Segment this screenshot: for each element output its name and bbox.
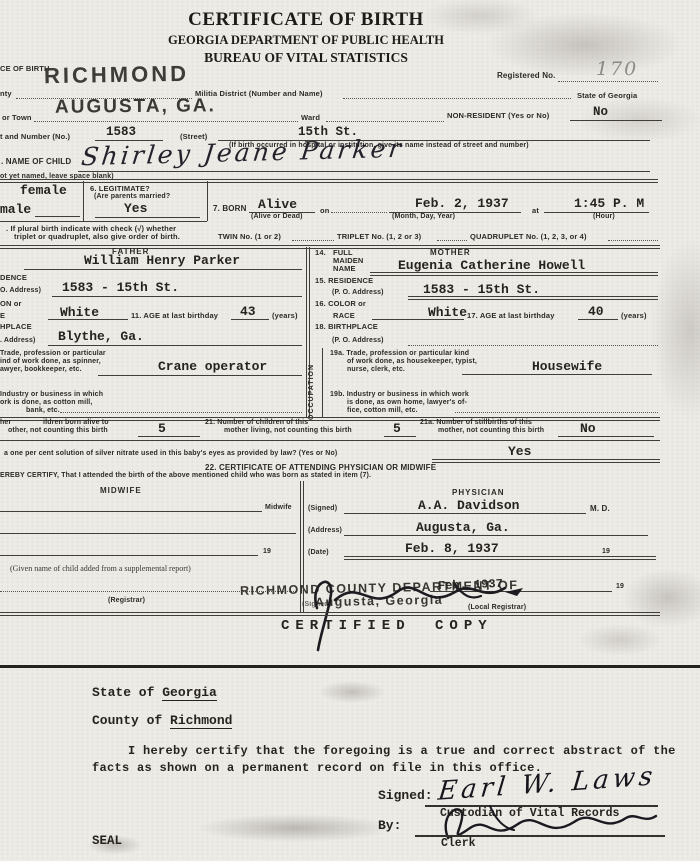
physician-signed-value: A.A. Davidson xyxy=(418,498,519,513)
ward-label: Ward xyxy=(301,113,320,122)
father-age-line xyxy=(231,319,269,320)
mother-residence-line xyxy=(408,296,658,300)
occupation-vertical-label: OCCUPATION xyxy=(308,350,315,420)
legitimate-cell-divider xyxy=(207,181,208,221)
stillbirth-line xyxy=(558,436,654,437)
mother-name-line xyxy=(370,272,658,276)
mother-industry-label3: fice, cotton mill, etc. xyxy=(347,407,418,414)
registered-no-line xyxy=(558,81,658,82)
signed-label: Signed: xyxy=(378,788,433,803)
attending-title: 22. CERTIFICATE OF ATTENDING PHYSICIAN O… xyxy=(205,463,436,472)
father-trade-label1: Trade, profession or particular xyxy=(0,350,106,357)
father-birthplace-value: Blythe, Ga. xyxy=(58,329,144,344)
born-alive-value: 5 xyxy=(158,421,166,436)
legitimate-underline xyxy=(95,217,200,218)
born-alive-partial3: other, not counting this birth xyxy=(8,427,108,434)
physician-address-label: (Address) xyxy=(308,527,342,534)
ward-line xyxy=(326,121,444,122)
legitimate-label: 6. LEGITIMATE? xyxy=(90,184,150,193)
born-label: 7. BORN xyxy=(213,204,247,213)
county-prefix: County of xyxy=(92,713,170,728)
mother-race-label: RACE xyxy=(333,311,355,320)
mother-color-value: White xyxy=(428,305,467,320)
quadruplet-label: QUADRUPLET No. (1, 2, 3, or 4) xyxy=(470,232,587,241)
mother-residence-label: 15. RESIDENCE xyxy=(315,276,373,285)
county-value: Richmond xyxy=(170,713,232,729)
mother-trade-label2: of work done, as housekeeper, typist, xyxy=(347,358,477,365)
stats-bottom-rule xyxy=(0,440,660,441)
born-alive-line xyxy=(138,436,200,437)
nitrate-question: a one per cent solution of silver nitrat… xyxy=(4,450,337,457)
father-trade-label2: ind of work done, as spinner, xyxy=(0,358,101,365)
stillbirth-label1: 21a. Number of stillbirths of this xyxy=(420,419,532,426)
house-number-label: t and Number (No.) xyxy=(0,132,70,141)
town-label: or Town xyxy=(2,113,32,122)
house-number-value: 1583 xyxy=(106,125,136,139)
born-time-note: (Hour) xyxy=(593,213,615,220)
midwife-label: Midwife xyxy=(265,504,292,511)
mother-birthplace-line xyxy=(408,345,658,346)
father-residence-sublabel: O. Address) xyxy=(0,287,41,294)
abstract-county-line: County of Richmond xyxy=(92,713,232,728)
born-status-value: Alive xyxy=(258,197,297,212)
father-residence-value: 1583 - 15th St. xyxy=(62,280,179,295)
state-prefix: State of xyxy=(92,685,162,700)
by-label: By: xyxy=(378,818,401,833)
county-stamp: RICHMOND xyxy=(44,61,189,90)
father-trade-value: Crane operator xyxy=(158,359,267,374)
sex-cell-divider xyxy=(83,181,84,221)
midwife-year-label: 19 xyxy=(263,548,271,555)
midwife-line2 xyxy=(0,533,296,534)
state-label: State of Georgia xyxy=(577,91,637,100)
mother-trade-label3: nurse, clerk, etc. xyxy=(347,366,405,373)
father-age-label: 11. AGE at last birthday xyxy=(131,311,218,320)
father-color-label: ON or xyxy=(0,299,22,308)
abstract-paragraph-line2: facts as shown on a permanent record on … xyxy=(92,761,542,775)
father-race-label: E xyxy=(0,311,5,320)
state-value: Georgia xyxy=(162,685,217,701)
mother-age-value: 40 xyxy=(588,304,604,319)
father-industry-line xyxy=(60,412,302,413)
attending-statement: EREBY CERTIFY, That I attended the birth… xyxy=(0,472,371,479)
born-date-value: Feb. 2, 1937 xyxy=(415,196,509,211)
nonresident-label: NON-RESIDENT (Yes or No) xyxy=(447,111,549,120)
physician-date-label: (Date) xyxy=(308,549,329,556)
mother-residence-value: 1583 - 15th St. xyxy=(423,282,540,297)
mother-name-label: NAME xyxy=(333,264,356,273)
living-label1: 21. Number of children of this xyxy=(205,419,308,426)
section-separator xyxy=(0,665,700,668)
city-stamp: AUGUSTA, GA. xyxy=(55,95,216,118)
registrar-year-label: 19 xyxy=(616,583,624,590)
quadruplet-line xyxy=(608,240,658,241)
child-name-label: . NAME OF CHILD xyxy=(1,157,71,166)
mother-age-unit: (years) xyxy=(621,311,647,320)
midwife-line3 xyxy=(0,555,258,556)
mother-age-line xyxy=(578,319,618,320)
triplet-label: TRIPLET No. (1, 2 or 3) xyxy=(337,232,421,241)
mother-birthplace-label: 18. BIRTHPLACE xyxy=(315,322,378,331)
certified-copy-stamp: CERTIFIED COPY xyxy=(281,618,493,634)
born-on-label: on xyxy=(320,206,329,215)
born-alive-partial2: ildren born alive to xyxy=(43,419,109,426)
triplet-line xyxy=(437,240,467,241)
twin-label: TWIN No. (1 or 2) xyxy=(218,232,281,241)
born-status-note: (Alive or Dead) xyxy=(251,213,303,220)
father-residence-label: DENCE xyxy=(0,273,27,282)
physician-address-line xyxy=(344,535,648,536)
living-line xyxy=(384,436,416,437)
father-birthplace-line xyxy=(48,345,302,346)
department-subtitle: GEORGIA DEPARTMENT OF PUBLIC HEALTH xyxy=(0,33,612,48)
born-alive-partial1: her xyxy=(0,419,11,426)
sex-value: female xyxy=(20,183,67,198)
midwife-header: MIDWIFE xyxy=(100,486,142,495)
registrar-label: (Registrar) xyxy=(108,597,145,604)
mother-name-value: Eugenia Catherine Howell xyxy=(398,258,585,273)
mother-color-line xyxy=(372,319,464,320)
legitimate-note: (Are parents married? xyxy=(94,193,170,200)
father-color-line xyxy=(48,319,128,320)
father-industry-label1: Industry or business in which xyxy=(0,391,103,398)
father-age-value: 43 xyxy=(240,304,256,319)
father-age-unit: (years) xyxy=(272,311,298,320)
mother-trade-label1: 19a. Trade, profession or particular kin… xyxy=(330,350,469,357)
mother-trade-line xyxy=(462,374,652,375)
birth-certificate-scan: CERTIFICATE OF BIRTH GEORGIA DEPARTMENT … xyxy=(0,0,700,861)
father-birthplace-label: HPLACE xyxy=(0,322,32,331)
father-industry-label3: bank, etc. xyxy=(26,407,60,414)
place-of-birth-label: CE OF BIRTH xyxy=(0,64,50,73)
born-at-label: at xyxy=(532,206,539,215)
physician-date-value: Feb. 8, 1937 xyxy=(405,541,499,556)
clerk-label: Clerk xyxy=(441,837,476,850)
parents-top-rule xyxy=(0,245,660,249)
sex-partial: male xyxy=(0,202,31,217)
mother-header: MOTHER xyxy=(430,248,471,257)
mother-color-label: 16. COLOR or xyxy=(315,299,366,308)
mother-industry-label2: is done, as own home, lawyer's of- xyxy=(347,399,467,406)
nonresident-value: No xyxy=(593,105,608,119)
mother-industry-label1: 19b. Industry or business in which work xyxy=(330,391,469,398)
physician-year-label: 19 xyxy=(602,548,610,555)
nitrate-value: Yes xyxy=(508,444,531,459)
physician-signed-line xyxy=(344,513,586,514)
legitimate-value: Yes xyxy=(124,201,147,216)
mother-trade-value: Housewife xyxy=(532,359,602,374)
nitrate-line xyxy=(432,459,660,463)
father-trade-line xyxy=(98,375,302,376)
registered-no-label: Registered No. xyxy=(497,71,556,80)
mother-birthplace-sublabel: (P. O. Address) xyxy=(332,337,384,344)
father-name-value: William Henry Parker xyxy=(84,253,240,268)
born-date-note: (Month, Day, Year) xyxy=(392,213,455,220)
living-label2: mother living, not counting this birth xyxy=(224,427,352,434)
father-color-value: White xyxy=(60,305,99,320)
physician-header: PHYSICIAN xyxy=(452,488,505,497)
registrar-bottom-rule xyxy=(0,612,660,616)
born-on-line xyxy=(331,212,387,213)
mother-item-no: 14. xyxy=(315,248,326,257)
born-time-value: 1:45 P. M xyxy=(574,196,644,211)
stillbirth-label2: mother, not counting this birth xyxy=(438,427,544,434)
father-residence-line xyxy=(52,296,302,297)
occupation-column-rule xyxy=(322,348,323,417)
supplemental-note: (Given name of child added from a supple… xyxy=(10,564,191,573)
plural-line2: triplet or quadruplet, also give order o… xyxy=(14,232,180,241)
father-industry-label2: ork is done, as cotton mill, xyxy=(0,399,93,406)
father-birthplace-sublabel: . Address) xyxy=(0,337,35,344)
abstract-paragraph-line1: I hereby certify that the foregoing is a… xyxy=(128,744,676,758)
stillbirth-value: No xyxy=(580,421,596,436)
mother-residence-sublabel: (P. O. Address) xyxy=(332,289,384,296)
mother-industry-line xyxy=(455,412,658,413)
abstract-state-line: State of Georgia xyxy=(92,685,217,700)
box-bottom-rule xyxy=(0,221,207,222)
militia-line xyxy=(343,98,571,99)
county-label: nty xyxy=(0,89,12,98)
physician-md-label: M. D. xyxy=(590,504,610,513)
child-name-line xyxy=(78,171,650,172)
father-name-line xyxy=(24,269,302,270)
physician-address-value: Augusta, Ga. xyxy=(416,520,510,535)
town-line xyxy=(34,121,298,122)
box-top-rule xyxy=(0,179,658,183)
certificate-title: CERTIFICATE OF BIRTH xyxy=(0,9,612,31)
mother-age-label: 17. AGE at last birthday xyxy=(467,311,555,320)
father-trade-label3: awyer, bookkeeper, etc. xyxy=(0,366,82,373)
midwife-line1 xyxy=(0,511,262,512)
registered-no-value: 170 xyxy=(596,58,638,80)
twin-line xyxy=(292,240,334,241)
physician-signed-label: (Signed) xyxy=(308,505,337,512)
nonresident-line xyxy=(570,120,662,121)
physician-date-line xyxy=(344,556,656,560)
seal-label: SEAL xyxy=(92,834,122,848)
living-value: 5 xyxy=(393,421,401,436)
sex-underline xyxy=(35,216,80,217)
